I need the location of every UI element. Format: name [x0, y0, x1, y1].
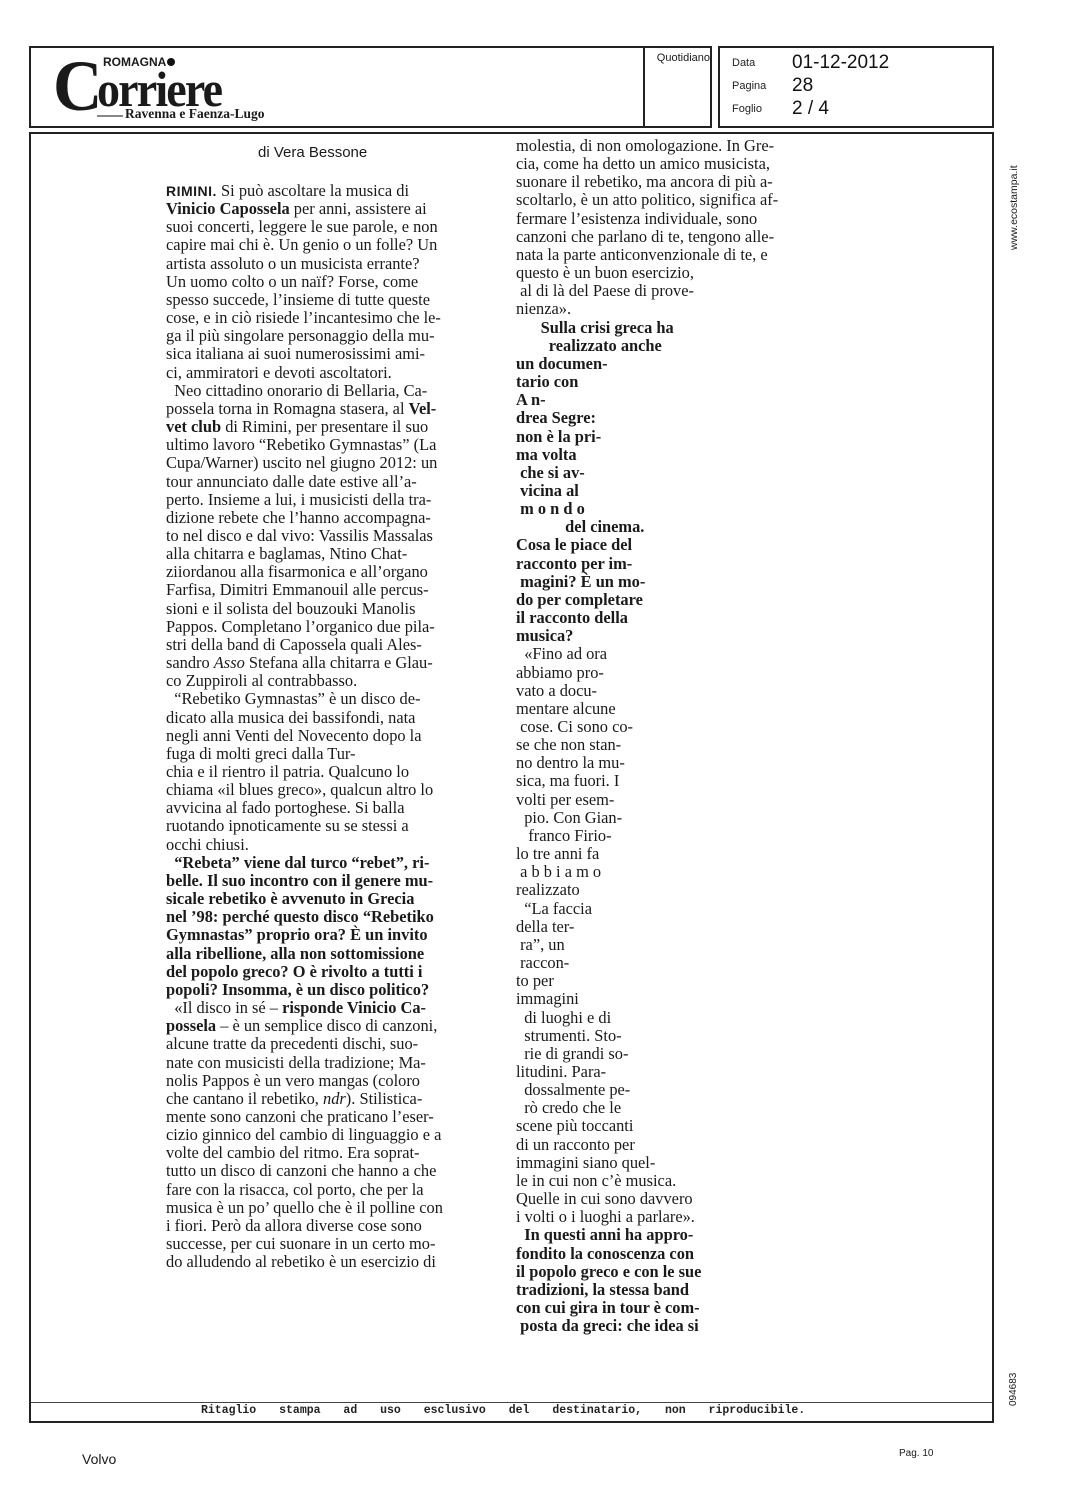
article-line: cizio ginnico del cambio di linguaggio e… [166, 1126, 504, 1144]
article-line: ga il più singolare personaggio della mu… [166, 327, 504, 345]
article-line: del popolo greco? O è rivolto a tutti i [166, 963, 504, 981]
article-line: musica? [516, 627, 861, 645]
article-line: possela torna in Romagna stasera, al Vel… [166, 400, 504, 418]
article-line: tutto un disco di canzoni che hanno a ch… [166, 1162, 504, 1180]
article-line: vicina al [516, 482, 861, 500]
article-line: suonare il rebetiko, ma ancora di più a- [516, 173, 861, 191]
article-line: questo è un buon esercizio, [516, 264, 861, 282]
article-line: cose, e in ciò risiede l’incantesimo che… [166, 309, 504, 327]
article-line: rie di grandi so- [516, 1045, 861, 1063]
article-line: nata la parte anticonvenzionale di te, e [516, 246, 861, 264]
meta-label: Foglio [732, 103, 762, 115]
article-line: spesso succede, l’insieme di tutte quest… [166, 291, 504, 309]
article-line: immagini [516, 990, 861, 1008]
article-line: sicale rebetiko è avvenuto in Grecia [166, 890, 504, 908]
meta-label: Pagina [732, 80, 766, 92]
meta-value: 28 [792, 75, 813, 97]
article-line: Pappos. Completano l’organico due pila- [166, 618, 504, 636]
article-line: no dentro la mu- [516, 754, 861, 772]
article-line: dicato alla musica dei bassifondi, nata [166, 709, 504, 727]
article-line: musica è un po’ quello che è il polline … [166, 1199, 504, 1217]
article-line: drea Segre: [516, 409, 861, 427]
article-line: sandro Asso Stefana alla chitarra e Glau… [166, 654, 504, 672]
logo-rule [97, 115, 123, 117]
article-line: In questi anni ha appro- [516, 1226, 861, 1244]
article-line: sica italiana ai suoi numerosissimi ami- [166, 345, 504, 363]
article-line: do per completare [516, 591, 861, 609]
article-line: do alludendo al rebetiko è un esercizio … [166, 1253, 504, 1271]
article-line: RIMINI. Si può ascoltare la musica di [166, 182, 504, 200]
article-line: alla chitarra e baglamas, Ntino Chat- [166, 545, 504, 563]
article-line: canzoni che parlano di te, tengono alle- [516, 228, 861, 246]
article-line: Neo cittadino onorario di Bellaria, Ca- [166, 382, 504, 400]
article-line: chia e il rientro il patria. Qualcuno lo [166, 763, 504, 781]
meta-value: 01-12-2012 [792, 52, 889, 74]
article-line: ultimo lavoro “Rebetiko Gymnastas” (La [166, 436, 504, 454]
article-line: alla ribellione, alla non sottomissione [166, 945, 504, 963]
article-line: che si av- [516, 464, 861, 482]
clipping-notice: Ritaglio stampa ad uso esclusivo del des… [201, 1404, 805, 1417]
dot-icon [167, 58, 175, 66]
article-line: realizzato [516, 881, 861, 899]
article-line: co Zuppiroli al contrabbasso. [166, 672, 504, 690]
meta-label: Data [732, 57, 755, 69]
article-line: suoi concerti, leggere le sue parole, e … [166, 218, 504, 236]
article-line: «Fino ad ora [516, 645, 861, 663]
article-line: raccon- [516, 954, 861, 972]
article-line: vet club di Rimini, per presentare il su… [166, 418, 504, 436]
article-line: della ter- [516, 918, 861, 936]
article-line: “Rebetiko Gymnastas” è un disco de- [166, 690, 504, 708]
article-line: strumenti. Sto- [516, 1027, 861, 1045]
article-line: del cinema. [516, 518, 861, 536]
side-code: 094683 [1008, 1373, 1019, 1406]
article-line: tradizioni, la stessa band [516, 1281, 861, 1299]
article-line: scoltarlo, è un atto politico, significa… [516, 191, 861, 209]
article-line: alcune tratte da precedenti dischi, suo- [166, 1035, 504, 1053]
article-line: vato a docu- [516, 682, 861, 700]
publication-type-box: Quotidiano [643, 48, 714, 126]
article-line: al di là del Paese di prove- [516, 282, 861, 300]
article-line: to per [516, 972, 861, 990]
article-line: posta da greci: che idea si [516, 1317, 861, 1335]
article-line: il racconto della [516, 609, 861, 627]
article-line: “La faccia [516, 900, 861, 918]
article-line: mentare alcune [516, 700, 861, 718]
clipping-notice-strip: Ritaglio stampa ad uso esclusivo del des… [31, 1402, 992, 1421]
logo-kicker-text: ROMAGNA [103, 55, 166, 69]
article-line: Cupa/Warner) uscito nel giugno 2012: un [166, 454, 504, 472]
logo-edition: Ravenna e Faenza-Lugo [125, 106, 265, 122]
article-line: con cui gira in tour è com- [516, 1299, 861, 1317]
article-line: popoli? Insomma, è un disco politico? [166, 981, 504, 999]
article-line: ma volta [516, 446, 861, 464]
side-url: www.ecostampa.it [1008, 165, 1020, 250]
article-column-2: molestia, di non omologazione. In Gre-ci… [516, 137, 861, 1335]
article-line: fare con la risacca, col porto, che per … [166, 1181, 504, 1199]
article-line: chiama «il blues greco», qualcun altro l… [166, 781, 504, 799]
article-line: abbiamo pro- [516, 664, 861, 682]
dateline: RIMINI. [166, 183, 217, 199]
article-line: ruotando ipnoticamente su se stessi a [166, 817, 504, 835]
article-line: perto. Insieme a lui, i musicisti della … [166, 491, 504, 509]
article-line: «Il disco in sé – risponde Vinicio Ca- [166, 999, 504, 1017]
article-line: negli anni Venti del Novecento dopo la [166, 727, 504, 745]
article-line: nolis Pappos è un vero mangas (coloro [166, 1072, 504, 1090]
article-line: magini? È un mo- [516, 573, 861, 591]
article-line: to nel disco e dal vivo: Vassilis Massal… [166, 527, 504, 545]
article-line: il popolo greco e con le sue [516, 1263, 861, 1281]
article-line: cose. Ci sono co- [516, 718, 861, 736]
article-line: dizione rebete che l’hanno accompagna- [166, 509, 504, 527]
metadata-box: Data 01-12-2012 Pagina 28 Foglio 2 / 4 [718, 46, 994, 128]
article-line: Gymnastas” proprio ora? È un invito [166, 926, 504, 944]
newspaper-logo: C orriere ROMAGNA Ravenna e Faenza-Lugo [53, 56, 283, 126]
article-line: non è la pri- [516, 428, 861, 446]
article-column-1: RIMINI. Si può ascoltare la musica diVin… [166, 182, 504, 1271]
article-line: Vinicio Capossela per anni, assistere ai [166, 200, 504, 218]
article-line: occhi chiusi. [166, 836, 504, 854]
article-line: un documen- [516, 355, 861, 373]
article-line: ci, ammiratori e devoti ascoltatori. [166, 364, 504, 382]
article-line: cia, come ha detto un amico musicista, [516, 155, 861, 173]
publication-type: Quotidiano [657, 52, 710, 64]
article-line: a b b i a m o [516, 863, 861, 881]
byline: di Vera Bessone [258, 144, 367, 161]
article-line: sioni e il solista del bouzouki Manolis [166, 600, 504, 618]
article-line: che cantano il rebetiko, ndr). Stilistic… [166, 1090, 504, 1108]
article-line: stri della band di Capossela quali Ales- [166, 636, 504, 654]
article-line: fermare l’esistenza individuale, sono [516, 210, 861, 228]
article-line: ra”, un [516, 936, 861, 954]
article-line: dossalmente pe- [516, 1081, 861, 1099]
article-line: fuga di molti greci dalla Tur- [166, 745, 504, 763]
article-line: racconto per im- [516, 555, 861, 573]
article-line: fondito la conoscenza con [516, 1245, 861, 1263]
article-line: franco Firio- [516, 827, 861, 845]
article-line: Sulla crisi greca ha [516, 319, 861, 337]
article-line: di un racconto per [516, 1136, 861, 1154]
article-line: nienza». [516, 300, 861, 318]
logo-initial: C [53, 50, 101, 122]
article-line: nate con musicisti della tradizione; Ma- [166, 1054, 504, 1072]
article-line: avvicina al fado portoghese. Si balla [166, 799, 504, 817]
article-line: artista assoluto o un musicista errante? [166, 255, 504, 273]
article-line: successe, per cui suonare in un certo mo… [166, 1235, 504, 1253]
logo-kicker: ROMAGNA [101, 55, 177, 69]
masthead-box: C orriere ROMAGNA Ravenna e Faenza-Lugo … [29, 46, 712, 128]
article-line: lo tre anni fa [516, 845, 861, 863]
article-line: tour annunciato dalle date estive all’a- [166, 473, 504, 491]
article-line: se che non stan- [516, 736, 861, 754]
article-line: le in cui non c’è musica. [516, 1172, 861, 1190]
article-line: litudini. Para- [516, 1063, 861, 1081]
article-line: belle. Il suo incontro con il genere mu- [166, 872, 504, 890]
article-line: realizzato anche [516, 337, 861, 355]
article-line: tario con [516, 373, 861, 391]
article-line: volti per esem- [516, 791, 861, 809]
article-line: capire mai chi è. Un genio o un folle? U… [166, 236, 504, 254]
page-footer-page-number: Pag. 10 [899, 1448, 933, 1459]
article-line: Cosa le piace del [516, 536, 861, 554]
article-line: i fiori. Però da allora diverse cose son… [166, 1217, 504, 1235]
article-line: Quelle in cui sono davvero [516, 1190, 861, 1208]
article-line: possela – è un semplice disco di canzoni… [166, 1017, 504, 1035]
article-line: i volti o i luoghi a parlare». [516, 1208, 861, 1226]
article-line: volte del cambio del ritmo. Era soprat- [166, 1144, 504, 1162]
article-line: Un uomo colto o un naïf? Forse, come [166, 273, 504, 291]
page-footer-client: Volvo [82, 1451, 116, 1467]
article-line: di luoghi e di [516, 1009, 861, 1027]
article-line: rò credo che le [516, 1099, 861, 1117]
article-line: immagini siano quel- [516, 1154, 861, 1172]
article-line: pio. Con Gian- [516, 809, 861, 827]
article-line: sica, ma fuori. I [516, 772, 861, 790]
article-line: A n- [516, 391, 861, 409]
article-line: Farfisa, Dimitri Emmanouil alle percus- [166, 581, 504, 599]
article-line: nel ’98: perché questo disco “Rebetiko [166, 908, 504, 926]
meta-value: 2 / 4 [792, 98, 829, 120]
article-line: m o n d o [516, 500, 861, 518]
article-line: “Rebeta” viene dal turco “rebet”, ri- [166, 854, 504, 872]
article-line: scene più toccanti [516, 1117, 861, 1135]
article-line: ziiordanou alla fisarmonica e all’organo [166, 563, 504, 581]
article-line: molestia, di non omologazione. In Gre- [516, 137, 861, 155]
article-line: mente sono canzoni che praticano l’eser- [166, 1108, 504, 1126]
